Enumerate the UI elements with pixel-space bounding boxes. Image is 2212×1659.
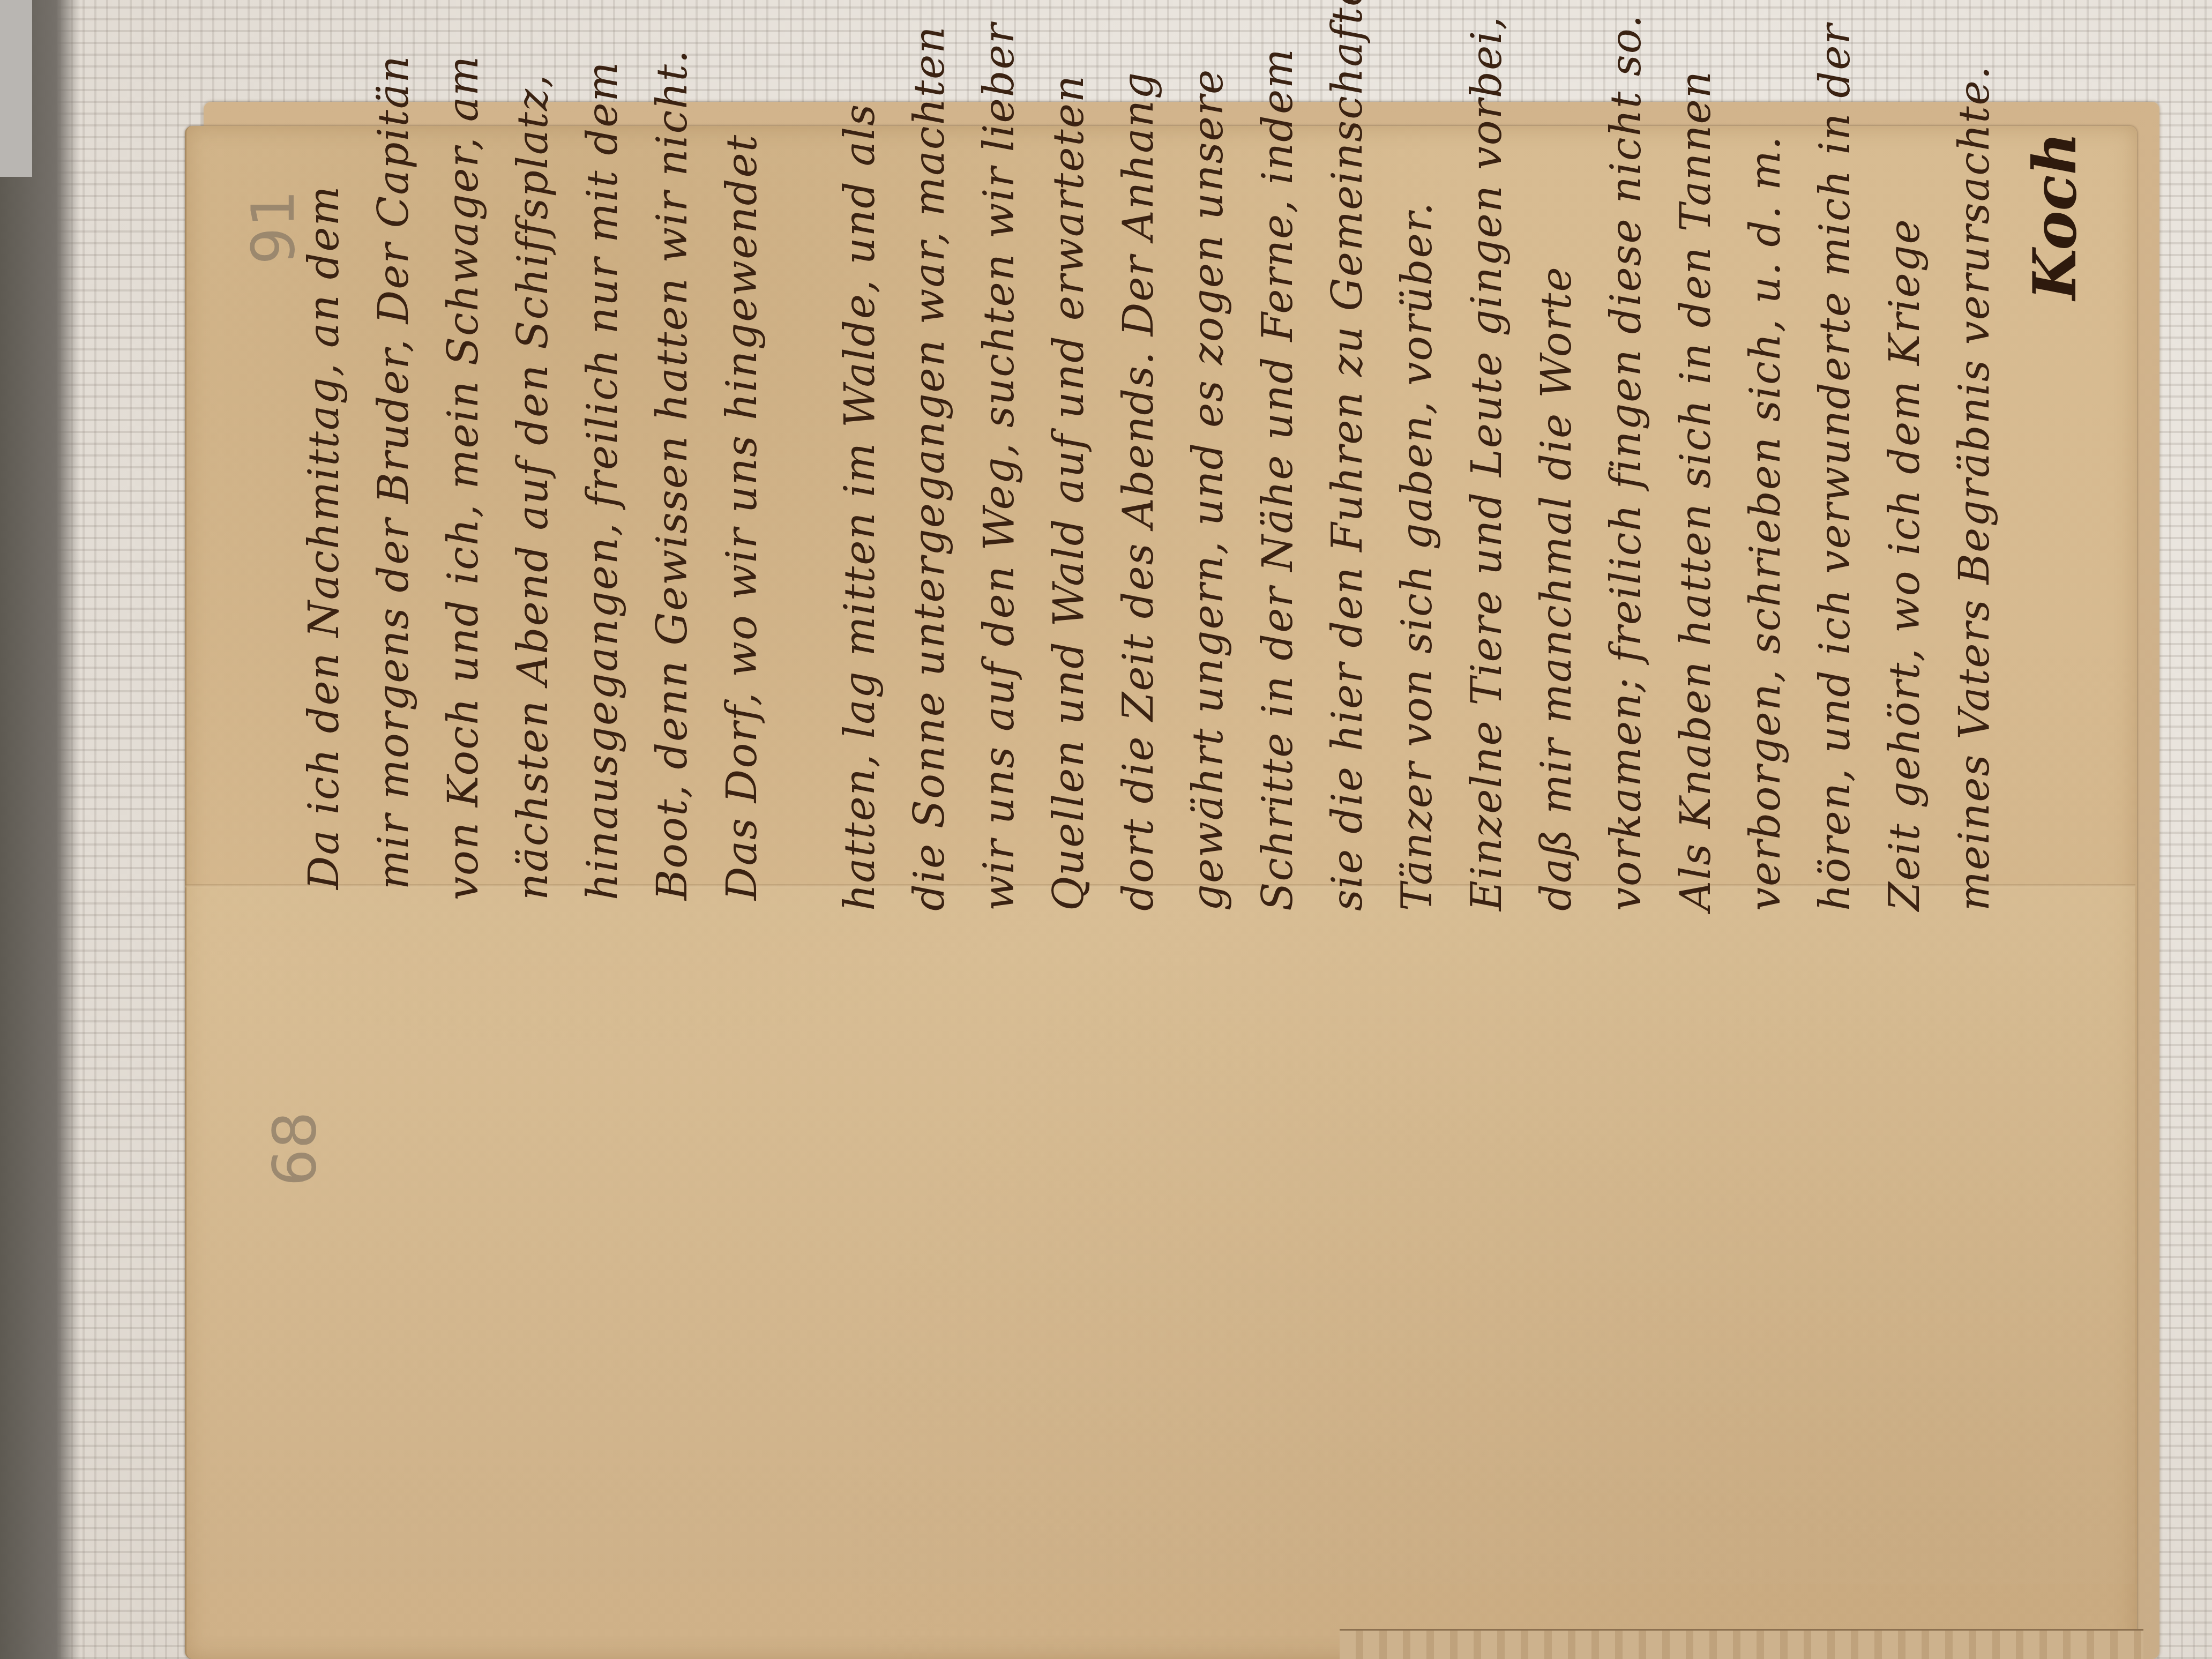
text-line: hatten, lag mitten im Walde, und als [836, 103, 884, 911]
text-line: die Sonne untergegangen war, machten [906, 26, 954, 911]
text-line: meines Vaters Begräbnis verursachte. [1951, 65, 1999, 911]
text-line: Da ich den Nachmittag, an dem [300, 185, 348, 890]
torn-bottom-edge [1340, 1629, 2143, 1659]
text-line: Quellen und Wald auf und erwarteten [1045, 74, 1093, 911]
text-line: daß mir manchmal die Worte [1533, 266, 1581, 911]
text-line: Boot, denn Gewissen hatten wir nicht. [648, 49, 697, 900]
text-line: Als Knaben hatten sich in den Tannen [1672, 70, 1720, 911]
text-line: hören, und ich verwunderte mich in der [1811, 23, 1859, 911]
text-line: hinausgegangen, freilich nur mit dem [579, 61, 627, 900]
text-line: von Koch und ich, mein Schwager, am [439, 55, 488, 900]
text-line: mir morgens der Bruder, Der Capitän [370, 55, 418, 890]
text-line: Tänzer von sich gaben, vorüber. [1393, 201, 1441, 911]
text-line: nächsten Abend auf den Schiffsplatz, [509, 73, 557, 900]
text-line: gewährt ungern, und es zogen unsere [1184, 69, 1232, 911]
pencil-page-number-top: 91 [239, 190, 308, 265]
signature: Koch [2020, 132, 2089, 300]
pencil-page-number-bottom: 68 [260, 1111, 329, 1186]
background-dark-object [0, 0, 80, 1659]
text-line: vorkamen; freilich fingen diese nicht so… [1602, 14, 1650, 911]
text-line: dort die Zeit des Abends. Der Anhang [1115, 71, 1163, 911]
text-line: Zeit gehört, wo ich dem Kriege [1881, 218, 1929, 911]
text-line: wir uns auf den Weg, suchten wir lieber [975, 23, 1023, 911]
text-line: Einzelne Tiere und Leute gingen vorbei, [1463, 16, 1511, 911]
text-line: Schritte in der Nähe und Ferne, indem [1254, 48, 1302, 911]
blank-lower-half [186, 887, 2135, 1584]
text-line: verborgen, schrieben sich, u. d. m. [1742, 135, 1790, 911]
text-line: Das Dorf, wo wir uns hingewendet [718, 134, 766, 900]
text-line: sie die hier den Fuhren zu Gemeinschafte… [1324, 0, 1372, 911]
background-paper-scrap [0, 0, 32, 177]
